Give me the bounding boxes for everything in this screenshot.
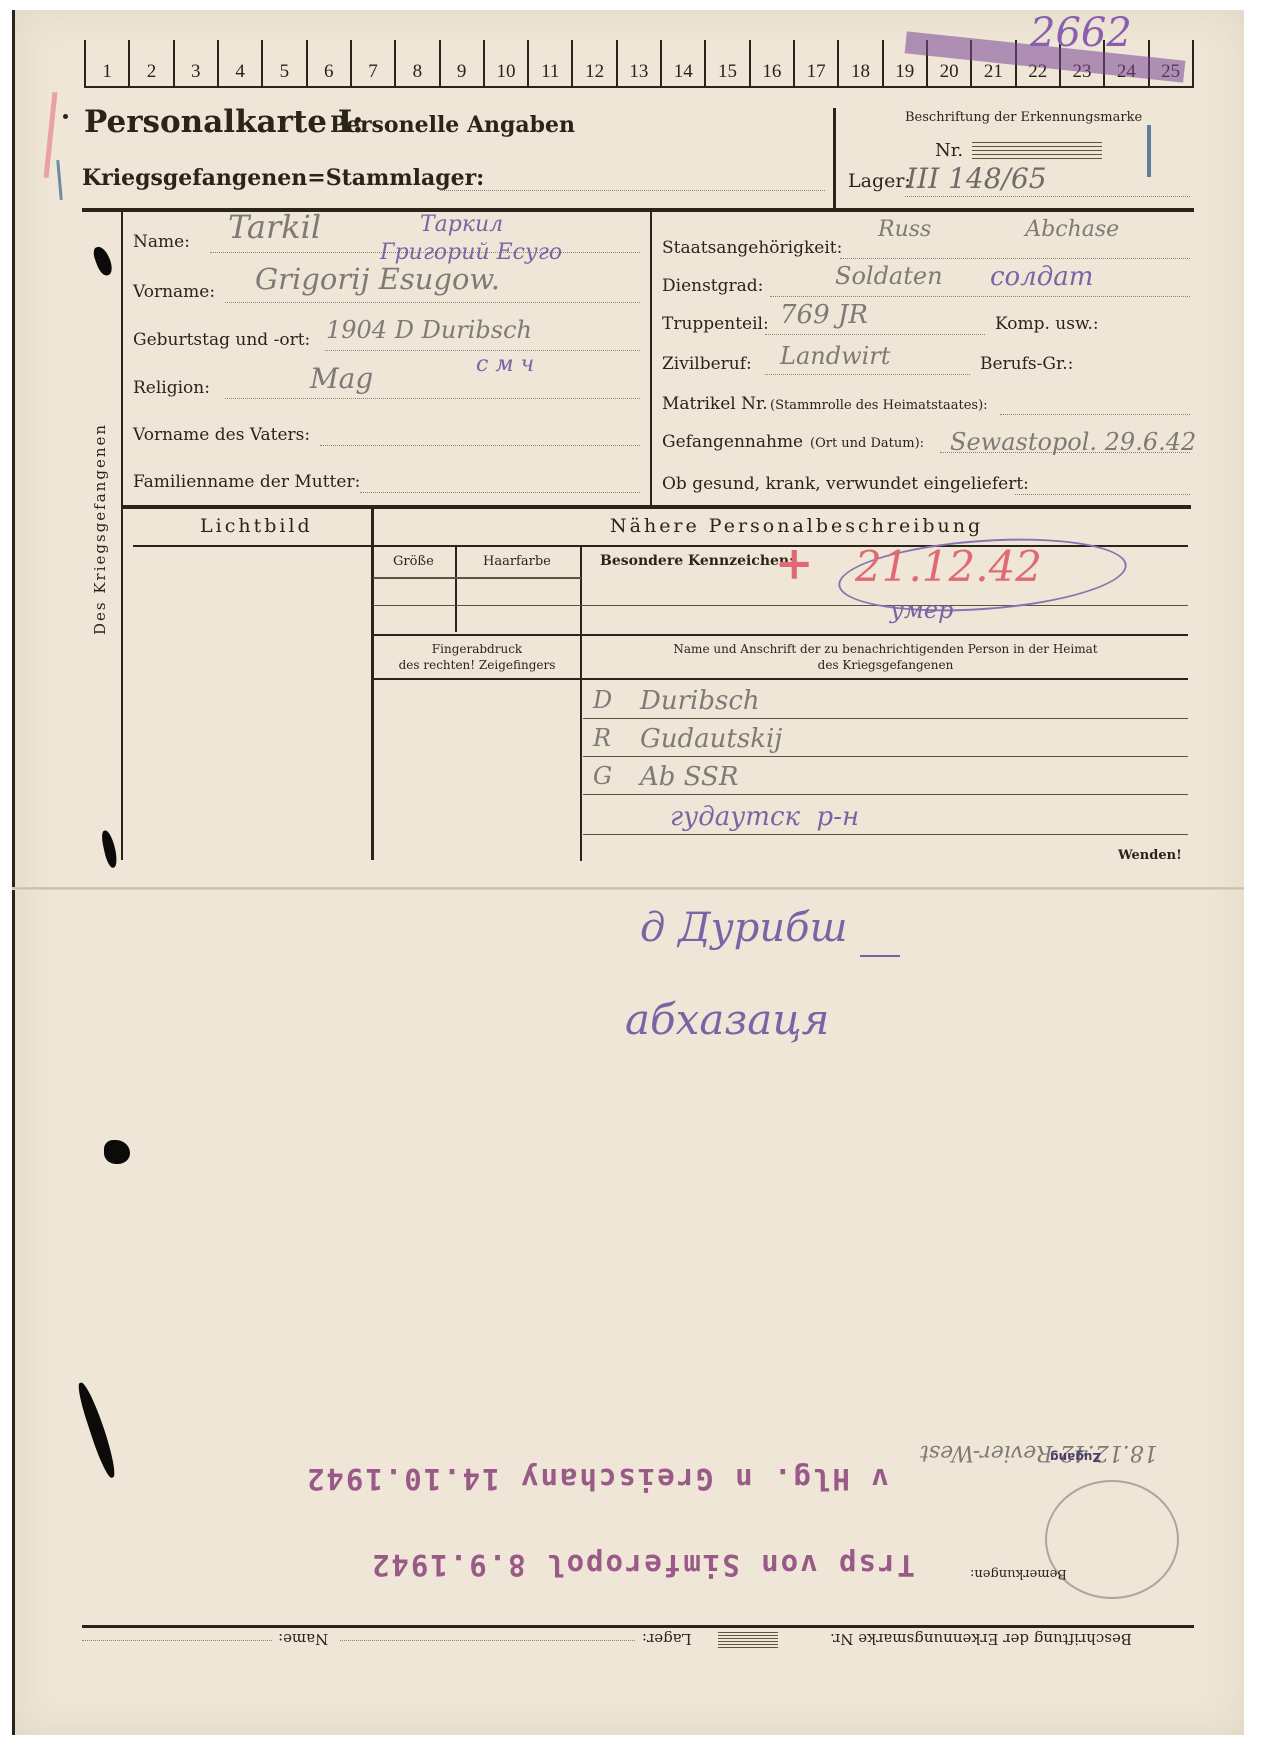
field-label-right: Dienstgrad: [662,276,763,296]
bottom-name-label: Name: [278,1630,328,1648]
occupation-value: Landwirt [780,342,890,370]
field-line [325,350,640,351]
field-line [1000,414,1190,415]
birth-value: 1904 D Duribsch [326,316,532,344]
photo-header-rule [133,545,371,547]
field-number-cell: 17 [793,40,837,86]
field-number-cell: 4 [217,40,261,86]
field-number-cell: 6 [306,40,350,86]
stamp-line-2: v Hlg. n Greischany 14.10.1942 [305,1462,889,1496]
field-label-right: Staatsangehörigkeit: [662,238,842,258]
tag-nr-lines [972,142,1102,160]
bottom-lager-line [340,1640,635,1641]
tag-lager-line [905,196,1190,197]
tag-header: Beschriftung der Erkennungsmarke [905,110,1142,125]
field-number-cell: 1 [84,40,128,86]
death-date: 21.12.42 [855,542,1042,591]
bottom-tag-lines [718,1632,778,1648]
death-cross: + [775,540,814,586]
field-label-left: Name: [133,232,190,252]
hair-label: Haarfarbe [483,554,551,569]
note-line-2: абхазаця [625,995,829,1044]
punch-hole [104,1140,130,1164]
height-hair-divider [455,546,457,632]
field-line [765,374,970,375]
field-sublabel: Komp. usw.: [995,314,1099,334]
religion-value: Mag [310,362,373,395]
field-number-cell: 16 [749,40,793,86]
field-note: (Stammrolle des Heimatstaates): [770,398,988,413]
contact-rule [583,794,1188,795]
fingerprint-label-1: Fingerabdruck [373,642,581,656]
field-number-cell: 12 [571,40,615,86]
tag-lager-label: Lager: [848,170,911,192]
contact-prefix: G [593,762,612,790]
camp-label: Kriegsgefangenen=Stammlager: [82,165,484,191]
height-label: Größe [393,554,434,569]
tag-nr-label: Nr. [935,140,963,161]
contact-line-text: Gudautskij [640,724,782,754]
field-line [360,492,640,493]
field-label-right: Gefangennahme [662,432,803,452]
contact-line-text: гудаутск р-н [670,802,859,832]
nationality-value: Russ Abchase [878,217,1119,242]
side-label: Des Kriegsgefangenen [91,419,109,639]
field-label-left: Familienname der Mutter: [133,472,360,492]
marks-label: Besondere Kennzeichen: [600,553,794,569]
field-note: (Ort und Datum): [810,436,924,451]
remarks-label: Bemerkungen: [970,1566,1067,1581]
field-label-right: Ob gesund, krank, verwundet eingeliefert… [662,474,1029,494]
field-label-left: Religion: [133,378,210,398]
small-stamp: Zugang [1050,1450,1101,1464]
bottom-lager-label: Lager: [642,1630,692,1648]
stamp-line-1: Trsp von Simferopol 8.9.1942 [370,1548,915,1582]
upper-middle-divider [650,210,652,505]
field-line [1015,494,1190,495]
field-label-right: Zivilberuf: [662,354,752,374]
fold-crease [12,887,1244,890]
upper-grid-bottom-rule [121,505,1191,509]
field-number-cell: 11 [527,40,571,86]
photo-header: Lichtbild [200,515,313,537]
marks-annotation: умер [890,596,953,624]
field-number-cell: 15 [704,40,748,86]
field-sublabel: Berufs-Gr.: [980,354,1073,374]
note-underline [860,955,900,957]
tag-box-divider [833,108,836,208]
photo-right-border [371,508,374,860]
field-number-cell: 10 [483,40,527,86]
rank-annotation: солдат [990,262,1093,292]
contact-label-2: des Kriegsgefangenen [583,658,1188,672]
note-line-1: д Дурибш [640,905,847,951]
field-line [320,445,640,446]
contact-prefix: R [593,724,611,752]
field-label-right: Matrikel Nr. [662,394,768,414]
contact-rule [583,834,1188,835]
field-number-cell: 13 [616,40,660,86]
contact-rule [583,718,1188,719]
contact-line-text: Duribsch [640,686,760,716]
field-number-cell: 2 [128,40,172,86]
contact-rule [583,756,1188,757]
description-header: Nähere Personalbeschreibung [610,515,983,537]
field-number-cell: 5 [261,40,305,86]
field-number-cell: 18 [837,40,881,86]
fingerprint-header-rule [373,678,1188,680]
contact-prefix: D [593,686,612,714]
pencil-note: 18.12.42 Revier-West [920,1440,1158,1465]
bottom-tag-label: Beschriftung der Erkennungsmarke Nr. [830,1630,1132,1648]
field-number-cell: 3 [173,40,217,86]
main-left-border [121,210,123,860]
field-number-cell: 9 [439,40,483,86]
rank-value: Soldaten [835,262,943,290]
bullet-dot [63,114,68,119]
field-number-cell: 14 [660,40,704,86]
bottom-rule [82,1625,1194,1628]
round-stamp [1045,1480,1179,1599]
hair-marks-divider [580,546,582,861]
capture-value: Sewastopol. 29.6.42 [950,428,1196,456]
tag-lager-value: III 148/65 [906,162,1047,195]
field-label-left: Geburtstag und -ort: [133,330,310,350]
unit-value: 769 JR [780,300,868,330]
religion-annotation: с м ч [476,352,534,377]
field-number-cell: 8 [394,40,438,86]
blue-pencil-stroke [1147,125,1151,177]
bottom-name-line [82,1640,272,1641]
size-bottom-rule [373,634,1188,636]
field-line [840,258,1190,259]
name-annotation: Таркил [420,212,503,237]
field-line [765,334,985,335]
field-number-cell: 7 [350,40,394,86]
camp-field-line [440,190,825,191]
name-value: Tarkil [228,208,321,246]
field-label-left: Vorname: [133,282,215,302]
vorname-value: Grigorij Esugow. [255,262,500,296]
field-line [225,398,640,399]
field-line [770,296,1190,297]
turn-label: Wenden! [1118,848,1182,863]
size-header-rule [373,577,581,579]
field-line [225,302,640,303]
card-subtitle: Personelle Angaben [330,112,575,138]
contact-line-text: Ab SSR [640,762,738,792]
fingerprint-label-2: des rechten! Zeigefingers [373,658,581,672]
card-title: Personalkarte I: [84,104,364,140]
field-label-left: Vorname des Vaters: [133,425,310,445]
contact-label-1: Name und Anschrift der zu benachrichtige… [583,642,1188,656]
card-number: 2662 [1030,10,1132,56]
size-row-rule [373,605,1188,606]
field-label-right: Truppenteil: [662,314,769,334]
